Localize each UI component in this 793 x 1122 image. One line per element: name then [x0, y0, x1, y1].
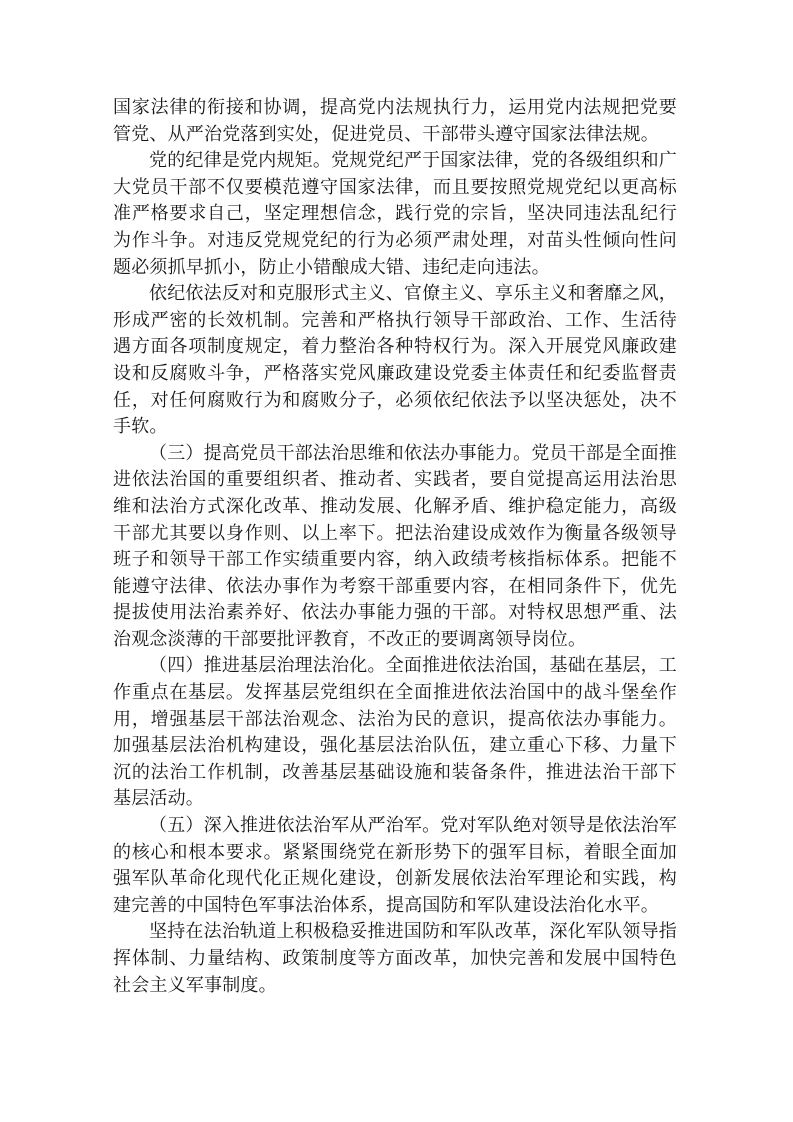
- paragraph-1: 国家法律的衔接和协调，提高党内法规执行力，运用党内法规把党要管党、从严治党落到实…: [113, 94, 677, 147]
- paragraph-3: 依纪依法反对和克服形式主义、官僚主义、享乐主义和奢靡之风，形成严密的长效机制。完…: [113, 280, 677, 440]
- paragraph-7: 坚持在法治轨道上积极稳妥推进国防和军队改革，深化军队领导指挥体制、力量结构、政策…: [113, 918, 677, 998]
- paragraph-2: 党的纪律是党内规矩。党规党纪严于国家法律，党的各级组织和广大党员干部不仅要模范遵…: [113, 147, 677, 280]
- paragraph-6-section-5: （五）深入推进依法治军从严治军。党对军队绝对领导是依法治军的核心和根本要求。紧紧…: [113, 812, 677, 918]
- document-body: 国家法律的衔接和协调，提高党内法规执行力，运用党内法规把党要管党、从严治党落到实…: [113, 94, 677, 998]
- paragraph-5-section-4: （四）推进基层治理法治化。全面推进依法治国，基础在基层，工作重点在基层。发挥基层…: [113, 652, 677, 812]
- paragraph-4-section-3: （三）提高党员干部法治思维和依法办事能力。党员干部是全面推进依法治国的重要组织者…: [113, 440, 677, 653]
- document-page: 国家法律的衔接和协调，提高党内法规执行力，运用党内法规把党要管党、从严治党落到实…: [0, 0, 793, 1122]
